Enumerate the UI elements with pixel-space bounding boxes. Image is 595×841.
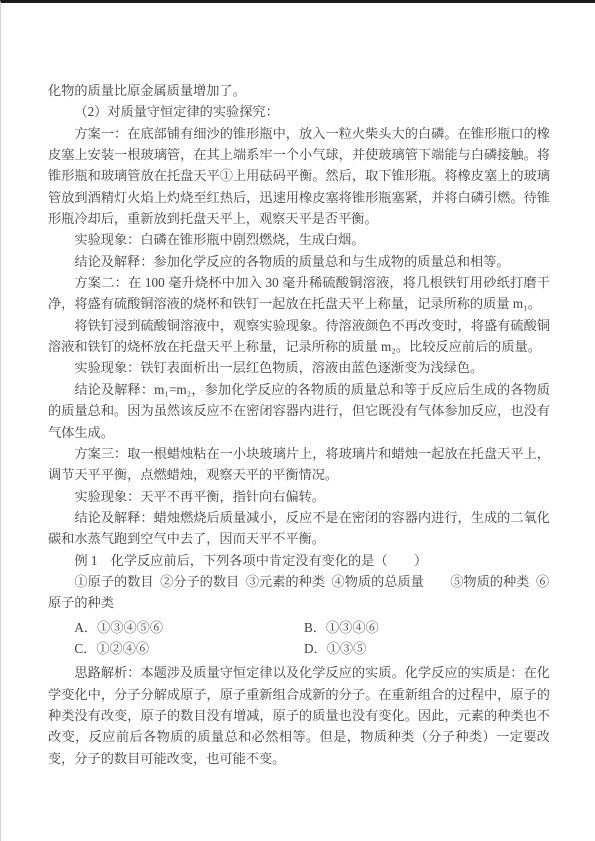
options-row: C．①②④⑥D．①③⑤ [48,638,550,659]
paragraph: 结论及解释：蜡烛燃烧后质量减小，反应不是在密闭的容器内进行，生成的二氧化碳和水蒸… [48,507,550,550]
paragraph: 结论及解释：m₁=m₂，参加化学反应的各物质的质量总和等于反应后生成的各物质的质… [48,379,550,443]
paragraph: 实验现象：铁钉表面析出一层红色物质，溶液由蓝色逐渐变为浅绿色。 [48,357,550,378]
option-b: B．①③④⑥ [304,617,379,638]
paragraph: 将铁钉浸到硫酸铜溶液中，观察实验现象。待溶液颜色不再改变时，将盛有硫酸铜溶液和铁… [48,315,550,358]
option-a: A．①③④⑤⑥ [74,617,163,638]
paragraph: 结论及解释：参加化学反应的各物质的质量总和与生成物的质量总和相等。 [48,251,550,272]
paragraph: 方案二：在 100 毫升烧杯中加入 30 毫升稀硫酸铜溶液，将几根铁钉用砂纸打磨… [48,272,550,315]
paragraph: （2）对质量守恒定律的实验探究： [48,101,550,122]
document-body: 化物的质量比原金属质量增加了。（2）对质量守恒定律的实验探究：方案一：在底部铺有… [48,80,550,769]
option-c: C．①②④⑥ [74,638,149,659]
option-d: D．①③⑤ [304,638,366,659]
paragraph-line: 原子的种类 [48,592,550,613]
paragraph: 方案三：取一根蜡烛粘在一小块玻璃片上，将玻璃片和蜡烛一起放在托盘天平上，调节天平… [48,443,550,486]
paragraph: 例 1 化学反应前后，下列各项中肯定没有变化的是（ ） [48,550,550,571]
paragraph-line: ①原子的数目 ②分子的数目 ③元素的种类 ④物质的总质量 ⑤物质的种类 ⑥ [48,571,550,592]
document-page: 化物的质量比原金属质量增加了。（2）对质量守恒定律的实验探究：方案一：在底部铺有… [0,0,595,841]
options-row: A．①③④⑤⑥B．①③④⑥ [48,617,550,638]
paragraph: 化物的质量比原金属质量增加了。 [48,80,550,101]
paragraph: 思路解析：本题涉及质量守恒定律以及化学反应的实质。化学反应的实质是：在化学变化中… [48,662,550,769]
answer-options: A．①③④⑤⑥B．①③④⑥C．①②④⑥D．①③⑤ [48,617,550,660]
paragraph: 实验现象：白磷在锥形瓶中剧烈燃烧，生成白烟。 [48,229,550,250]
paragraph: 实验现象：天平不再平衡，指针向右偏转。 [48,486,550,507]
paragraph: 方案一：在底部铺有细沙的锥形瓶中，放入一粒火柴头大的白磷。在锥形瓶口的橡皮塞上安… [48,123,550,230]
